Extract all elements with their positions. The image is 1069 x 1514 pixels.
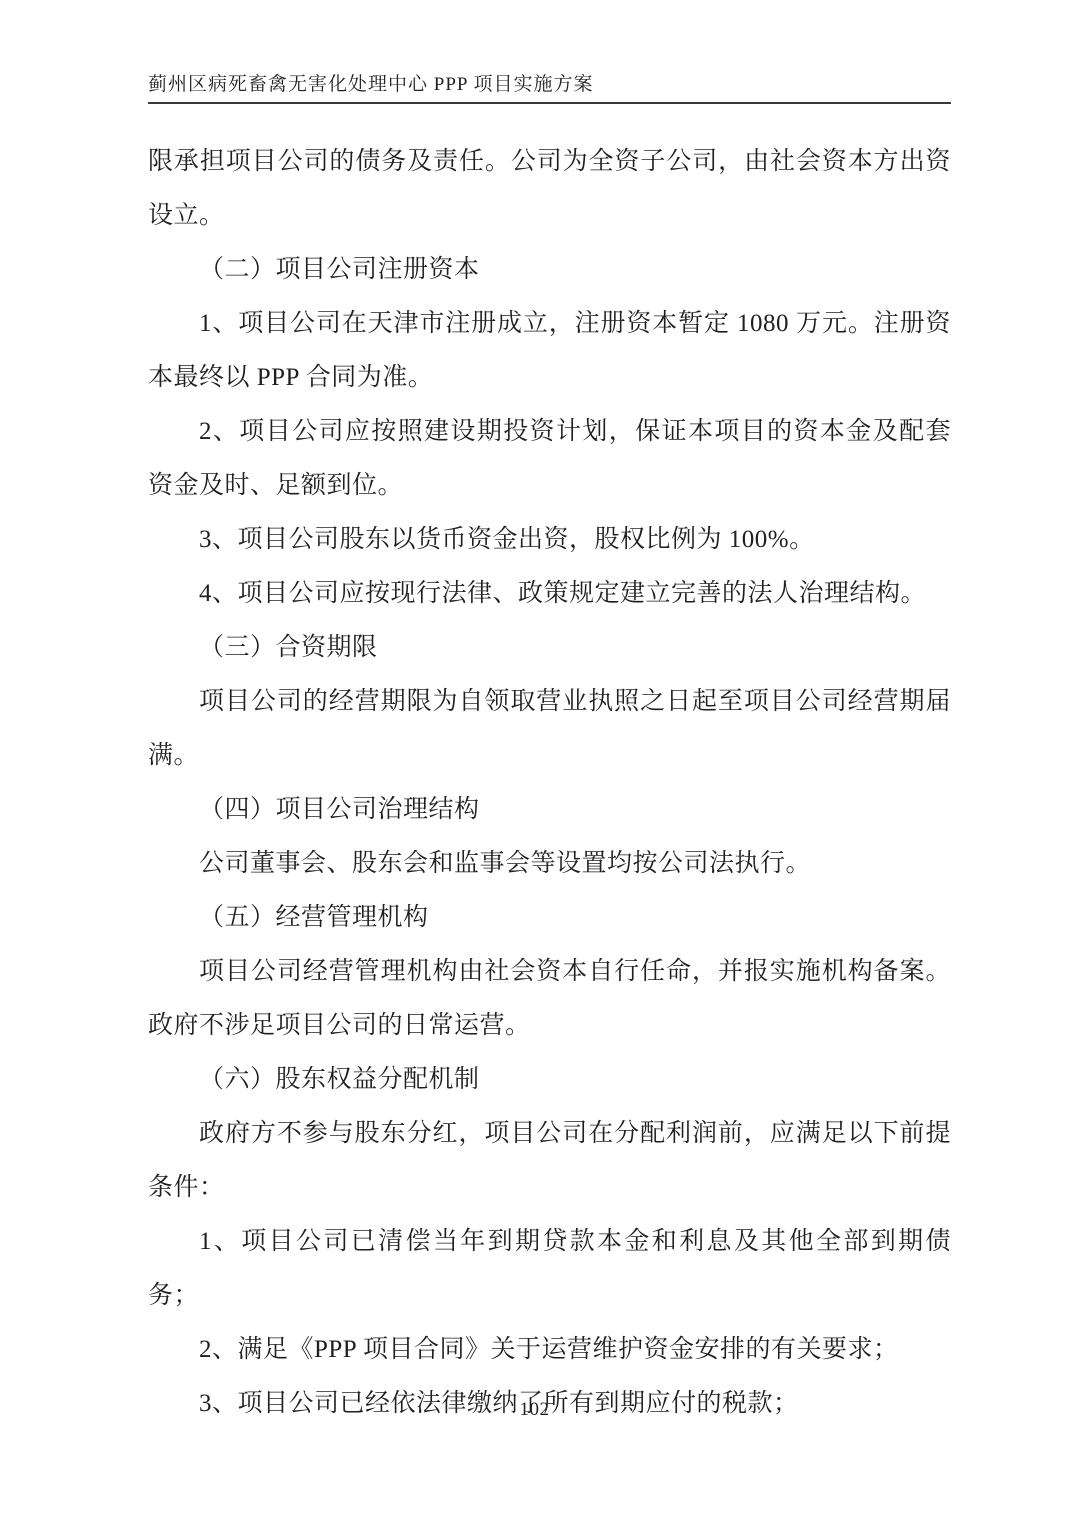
body-paragraph: 2、项目公司应按照建设期投资计划，保证本项目的资本金及配套资金及时、足额到位。: [148, 405, 951, 513]
body-paragraph: 项目公司的经营期限为自领取营业执照之日起至项目公司经营期届满。: [148, 675, 951, 783]
section-heading: （六）股东权益分配机制: [148, 1053, 951, 1107]
document-body: 限承担项目公司的债务及责任。公司为全资子公司，由社会资本方出资设立。 （二）项目…: [148, 135, 951, 1431]
section-heading: （五）经营管理机构: [148, 891, 951, 945]
body-paragraph: 项目公司经营管理机构由社会资本自行任命，并报实施机构备案。政府不涉足项目公司的日…: [148, 945, 951, 1053]
document-page: 蓟州区病死畜禽无害化处理中心 PPP 项目实施方案 限承担项目公司的债务及责任。…: [0, 0, 1069, 1514]
body-paragraph: 政府方不参与股东分红，项目公司在分配利润前，应满足以下前提条件：: [148, 1107, 951, 1215]
page-footer: 102: [0, 1398, 1069, 1422]
section-heading: （四）项目公司治理结构: [148, 783, 951, 837]
body-paragraph: 限承担项目公司的债务及责任。公司为全资子公司，由社会资本方出资设立。: [148, 135, 951, 243]
header-title: 蓟州区病死畜禽无害化处理中心 PPP 项目实施方案: [148, 74, 951, 96]
body-paragraph: 1、项目公司已清偿当年到期贷款本金和利息及其他全部到期债务；: [148, 1215, 951, 1323]
section-heading: （三）合资期限: [148, 621, 951, 675]
body-paragraph: 2、满足《PPP 项目合同》关于运营维护资金安排的有关要求；: [148, 1323, 951, 1377]
body-paragraph: 1、项目公司在天津市注册成立，注册资本暂定 1080 万元。注册资本最终以 PP…: [148, 297, 951, 405]
page-header: 蓟州区病死畜禽无害化处理中心 PPP 项目实施方案: [148, 74, 951, 104]
body-paragraph: 公司董事会、股东会和监事会等设置均按公司法执行。: [148, 837, 951, 891]
section-heading: （二）项目公司注册资本: [148, 243, 951, 297]
body-paragraph: 3、项目公司股东以货币资金出资，股权比例为 100%。: [148, 513, 951, 567]
body-paragraph: 4、项目公司应按现行法律、政策规定建立完善的法人治理结构。: [148, 567, 951, 621]
page-number: 102: [0, 1398, 1069, 1422]
